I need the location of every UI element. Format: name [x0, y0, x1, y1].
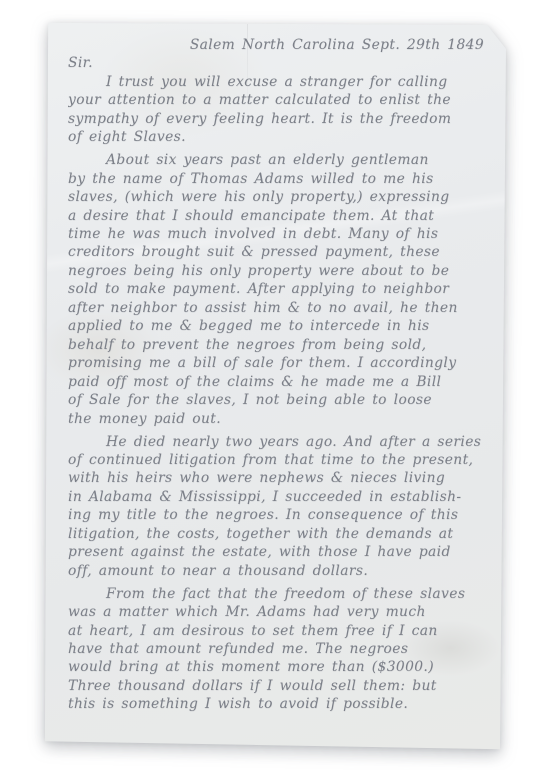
letter-line: of Sale for the slaves, I not being able… — [68, 391, 488, 409]
letter-line: promising me a bill of sale for them. I … — [68, 354, 488, 372]
letter-salutation: Sir. — [68, 54, 488, 72]
letter-line: creditors brought suit & pressed payment… — [68, 243, 488, 261]
photo-background: { "photo": { "background_color": "#fffff… — [0, 0, 541, 770]
letter-line: sympathy of every feeling heart. It is t… — [68, 110, 488, 128]
paper-shadow: Salem North Carolina Sept. 29th 1849Sir.… — [44, 22, 506, 750]
letter-line: Three thousand dollars if I would sell t… — [68, 677, 488, 695]
letter-line: time he was much involved in debt. Many … — [68, 225, 488, 243]
letter-line: slaves, (which were his only property,) … — [68, 188, 488, 206]
letter-line: with his heirs who were nephews & nieces… — [68, 469, 488, 487]
letter-line: of eight Slaves. — [68, 128, 488, 146]
letter-line: this is something I wish to avoid if pos… — [68, 695, 488, 713]
letter-line: He died nearly two years ago. And after … — [68, 433, 488, 451]
letter-line: was a matter which Mr. Adams had very mu… — [68, 603, 488, 621]
letter-line: I trust you will excuse a stranger for c… — [68, 73, 488, 91]
letter-lines: Salem North Carolina Sept. 29th 1849Sir.… — [68, 36, 488, 714]
letter-line: by the name of Thomas Adams willed to me… — [68, 170, 488, 188]
letter-line: in Alabama & Mississippi, I succeeded in… — [68, 488, 488, 506]
letter-line: after neighbor to assist him & to no ava… — [68, 299, 488, 317]
letter-line: present against the estate, with those I… — [68, 543, 488, 561]
letter-line: litigation, the costs, together with the… — [68, 525, 488, 543]
letter-line: negroes being his only property were abo… — [68, 262, 488, 280]
letter-line: a desire that I should emancipate them. … — [68, 207, 488, 225]
letter-paper: Salem North Carolina Sept. 29th 1849Sir.… — [44, 22, 506, 750]
letter-line: paid off most of the claims & he made me… — [68, 373, 488, 391]
letter-dateline: Salem North Carolina Sept. 29th 1849 — [68, 36, 488, 54]
letter-line: off, amount to near a thousand dollars. — [68, 562, 488, 580]
letter-line: ing my title to the negroes. In conseque… — [68, 506, 488, 524]
letter-line: the money paid out. — [68, 410, 488, 428]
letter-line: have that amount refunded me. The negroe… — [68, 640, 488, 658]
letter-body: Salem North Carolina Sept. 29th 1849Sir.… — [68, 36, 488, 750]
letter-line: of continued litigation from that time t… — [68, 451, 488, 469]
letter-line: behalf to prevent the negroes from being… — [68, 336, 488, 354]
letter-line: sold to make payment. After applying to … — [68, 280, 488, 298]
letter-line: About six years past an elderly gentlema… — [68, 151, 488, 169]
letter-line: From the fact that the freedom of these … — [68, 585, 488, 603]
letter-line: at heart, I am desirous to set them free… — [68, 622, 488, 640]
letter-line: would bring at this moment more than ($3… — [68, 658, 488, 676]
letter-line: applied to me & begged me to intercede i… — [68, 317, 488, 335]
letter-line: your attention to a matter calculated to… — [68, 91, 488, 109]
